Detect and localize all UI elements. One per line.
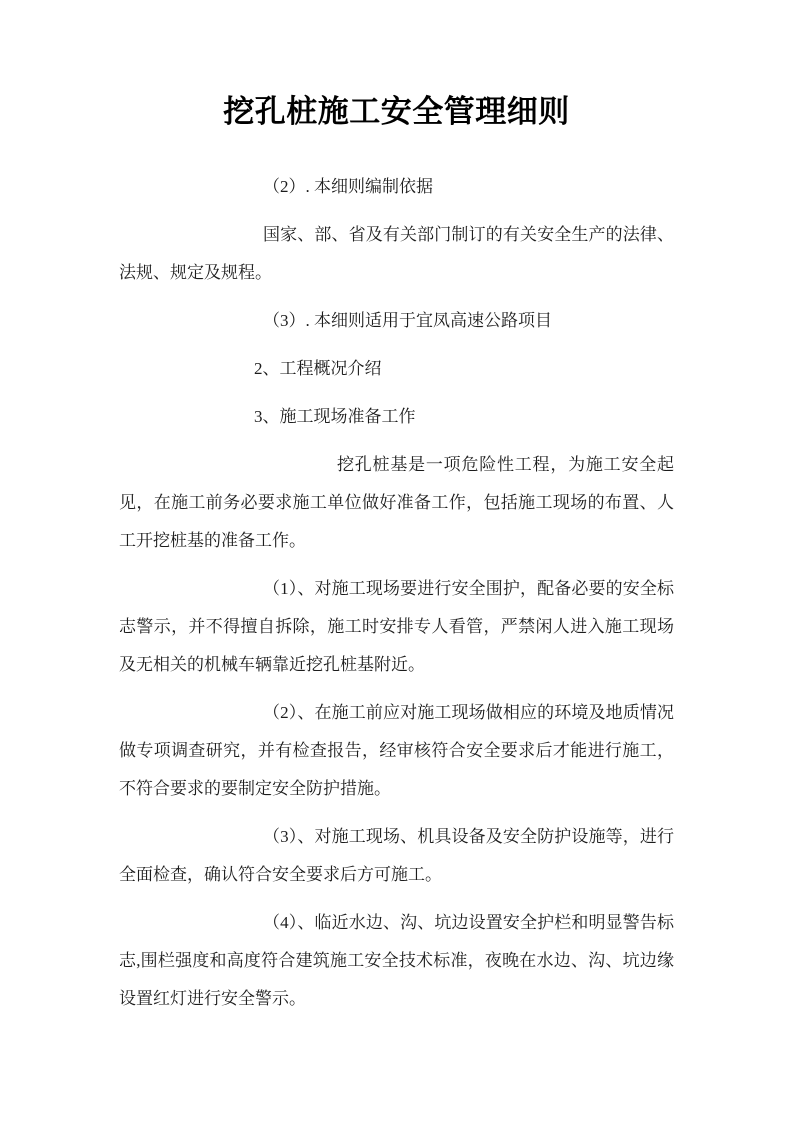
document-title: 挖孔桩施工安全管理细则 [119, 92, 674, 132]
paragraph-scope: （3）. 本细则适用于宜凤高速公路项目 [119, 302, 674, 340]
paragraph-item-4: （4）、临近水边、沟、坑边设置安全护栏和明显警告标志,围栏强度和高度符合建筑施工… [119, 904, 674, 1018]
document-page: 挖孔桩施工安全管理细则 （2）. 本细则编制依据 国家、部、省及有关部门制订的有… [0, 0, 793, 1122]
paragraph-item-3: （3）、对施工现场、机具设备及安全防护设施等，进行全面检查，确认符合安全要求后方… [119, 818, 674, 894]
paragraph-section-3-heading: 3、施工现场准备工作 [119, 398, 674, 436]
paragraph-item-2: （2）、在施工前应对施工现场做相应的环境及地质情况做专项调查研究，并有检查报告，… [119, 694, 674, 808]
paragraph-basis-body: 国家、部、省及有关部门制订的有关安全生产的法律、法规、规定及规程。 [119, 216, 674, 292]
paragraph-basis-heading: （2）. 本细则编制依据 [119, 168, 674, 206]
paragraph-item-1: （1）、对施工现场要进行安全围护，配备必要的安全标志警示，并不得擅自拆除，施工时… [119, 570, 674, 684]
paragraph-intro: 挖孔桩基是一项危险性工程，为施工安全起见，在施工前务必要求施工单位做好准备工作，… [119, 446, 674, 560]
paragraph-section-2-heading: 2、工程概况介绍 [119, 350, 674, 388]
